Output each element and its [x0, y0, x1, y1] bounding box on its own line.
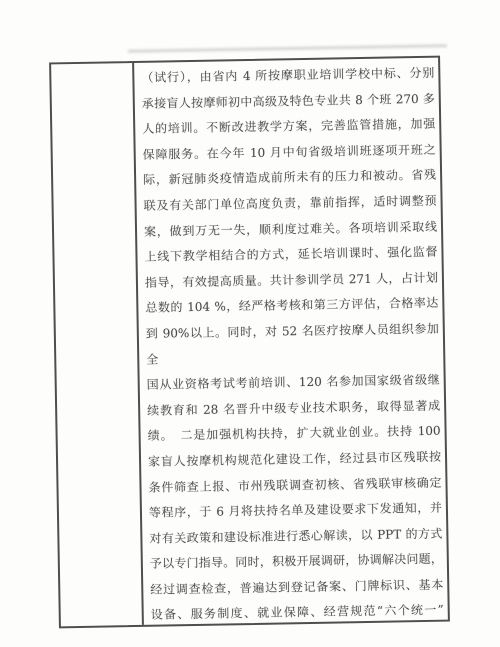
report-table: （试行），由省内 4 所按摩职业培训学校中标、分别承接盲人按摩师初中高级及特色专…	[49, 56, 450, 629]
text-line: 设备、服务制度、就业保障、经营规范“六个统一”	[151, 598, 444, 625]
scanned-page: （试行），由省内 4 所按摩职业培训学校中标、分别承接盲人按摩师初中高级及特色专…	[0, 0, 500, 647]
scan-artifact-line	[128, 44, 447, 53]
text-line: 到 90%以上。同时，对 52 名医疗按摩人员组织参加全	[146, 317, 440, 373]
table-body-cell: （试行），由省内 4 所按摩职业培训学校中标、分别承接盲人按摩师初中高级及特色专…	[134, 58, 448, 625]
table-label-cell	[51, 63, 144, 626]
